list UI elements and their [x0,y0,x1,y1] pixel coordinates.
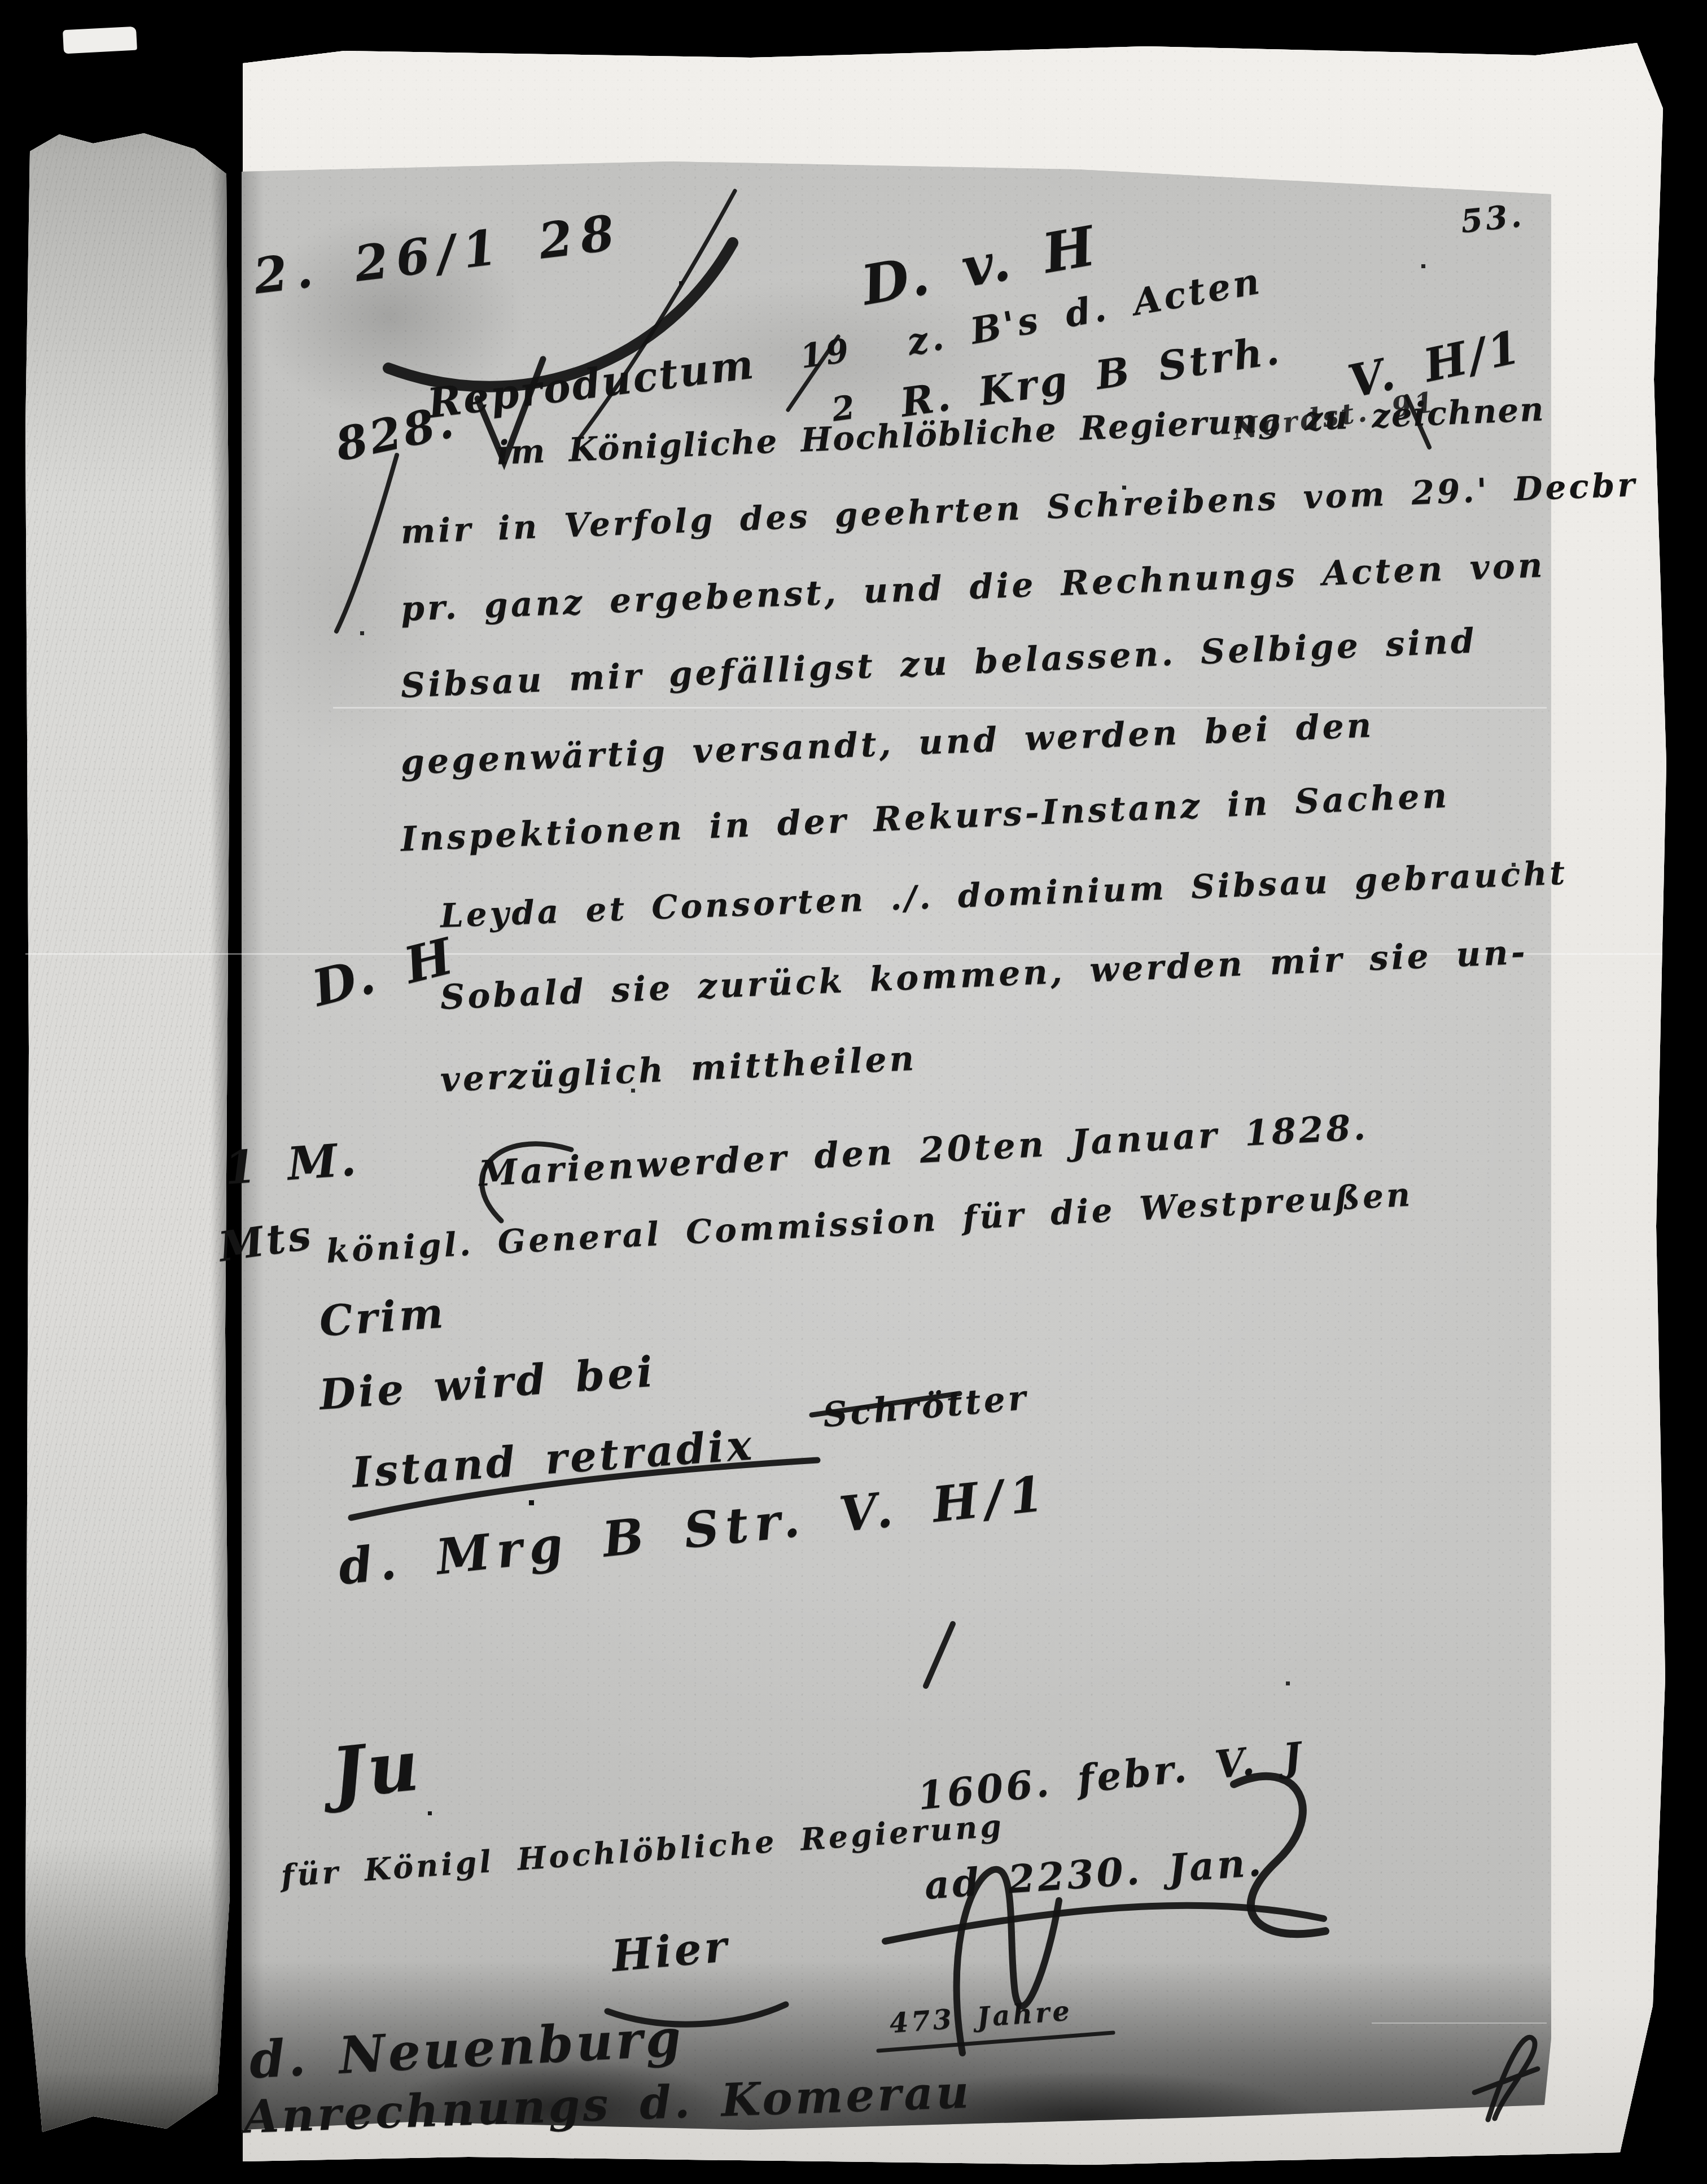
draft-line-struck: Istand retradix [351,1421,756,1497]
margin-mark-dh: D. H [307,926,461,1018]
draft-insert: Schrötter [821,1378,1030,1435]
handwriting-layer: 53. 2. 26/1 28 D. v. H z. B's d. Acten 1… [242,158,1551,2130]
body-line: pr. ganz ergebenst, und die Rechnungs Ac… [400,545,1546,629]
reproductum-label: Reproductum [425,339,758,427]
dust-specks [0,0,2,2]
draft-word: Crim [318,1288,448,1346]
draft-line: Die wird bei [318,1348,657,1419]
footer-hier: Hier [610,1921,732,1981]
year-note: 828. [331,394,461,471]
docket-note: 2. 26/1 28 [251,203,625,305]
footer-crossed-date: ad 2230. Jan. [923,1840,1265,1908]
dateline: Marienwerder den 20ten Januar 1828. [478,1106,1369,1194]
body-line: Leyda et Consorten ./. dominium Sibsau g… [440,853,1569,935]
closing-line: verzüglich mittheilen [439,1039,917,1100]
margin-mark-mts: Mts [216,1210,317,1271]
leaf-fold-corner [63,27,137,54]
margin-mark-1m: 1 M. [223,1133,361,1195]
body-line: gegenwärtig versandt, und werden bei den [400,706,1375,783]
footer-ju: Ju [327,1724,425,1815]
fraction-top: 19 [798,331,853,376]
archive-scan: { "document": { "page_number": "53.", "d… [0,0,1707,2184]
gutter-shadow [211,33,230,2133]
body-line: Sibsau mir gefälligst zu belassen. Selbi… [400,621,1478,706]
footer-date-right: 1606. febr. V. J [916,1733,1307,1819]
page-number: 53. [1459,196,1526,240]
closing-line: Sobald sie zurück kommen, werden mir sie… [440,932,1529,1017]
footer-to-line: für Königl Hochlöbliche Regierung [280,1807,1005,1894]
body-line: Inspektionen in der Rekurs-Instanz in Sa… [400,776,1451,859]
previous-leaf-edge [25,33,230,2133]
footer-note-473: 473 Jahre [888,1995,1074,2039]
body-line: mir in Verfolg des geehrten Schreibens v… [400,465,1638,551]
